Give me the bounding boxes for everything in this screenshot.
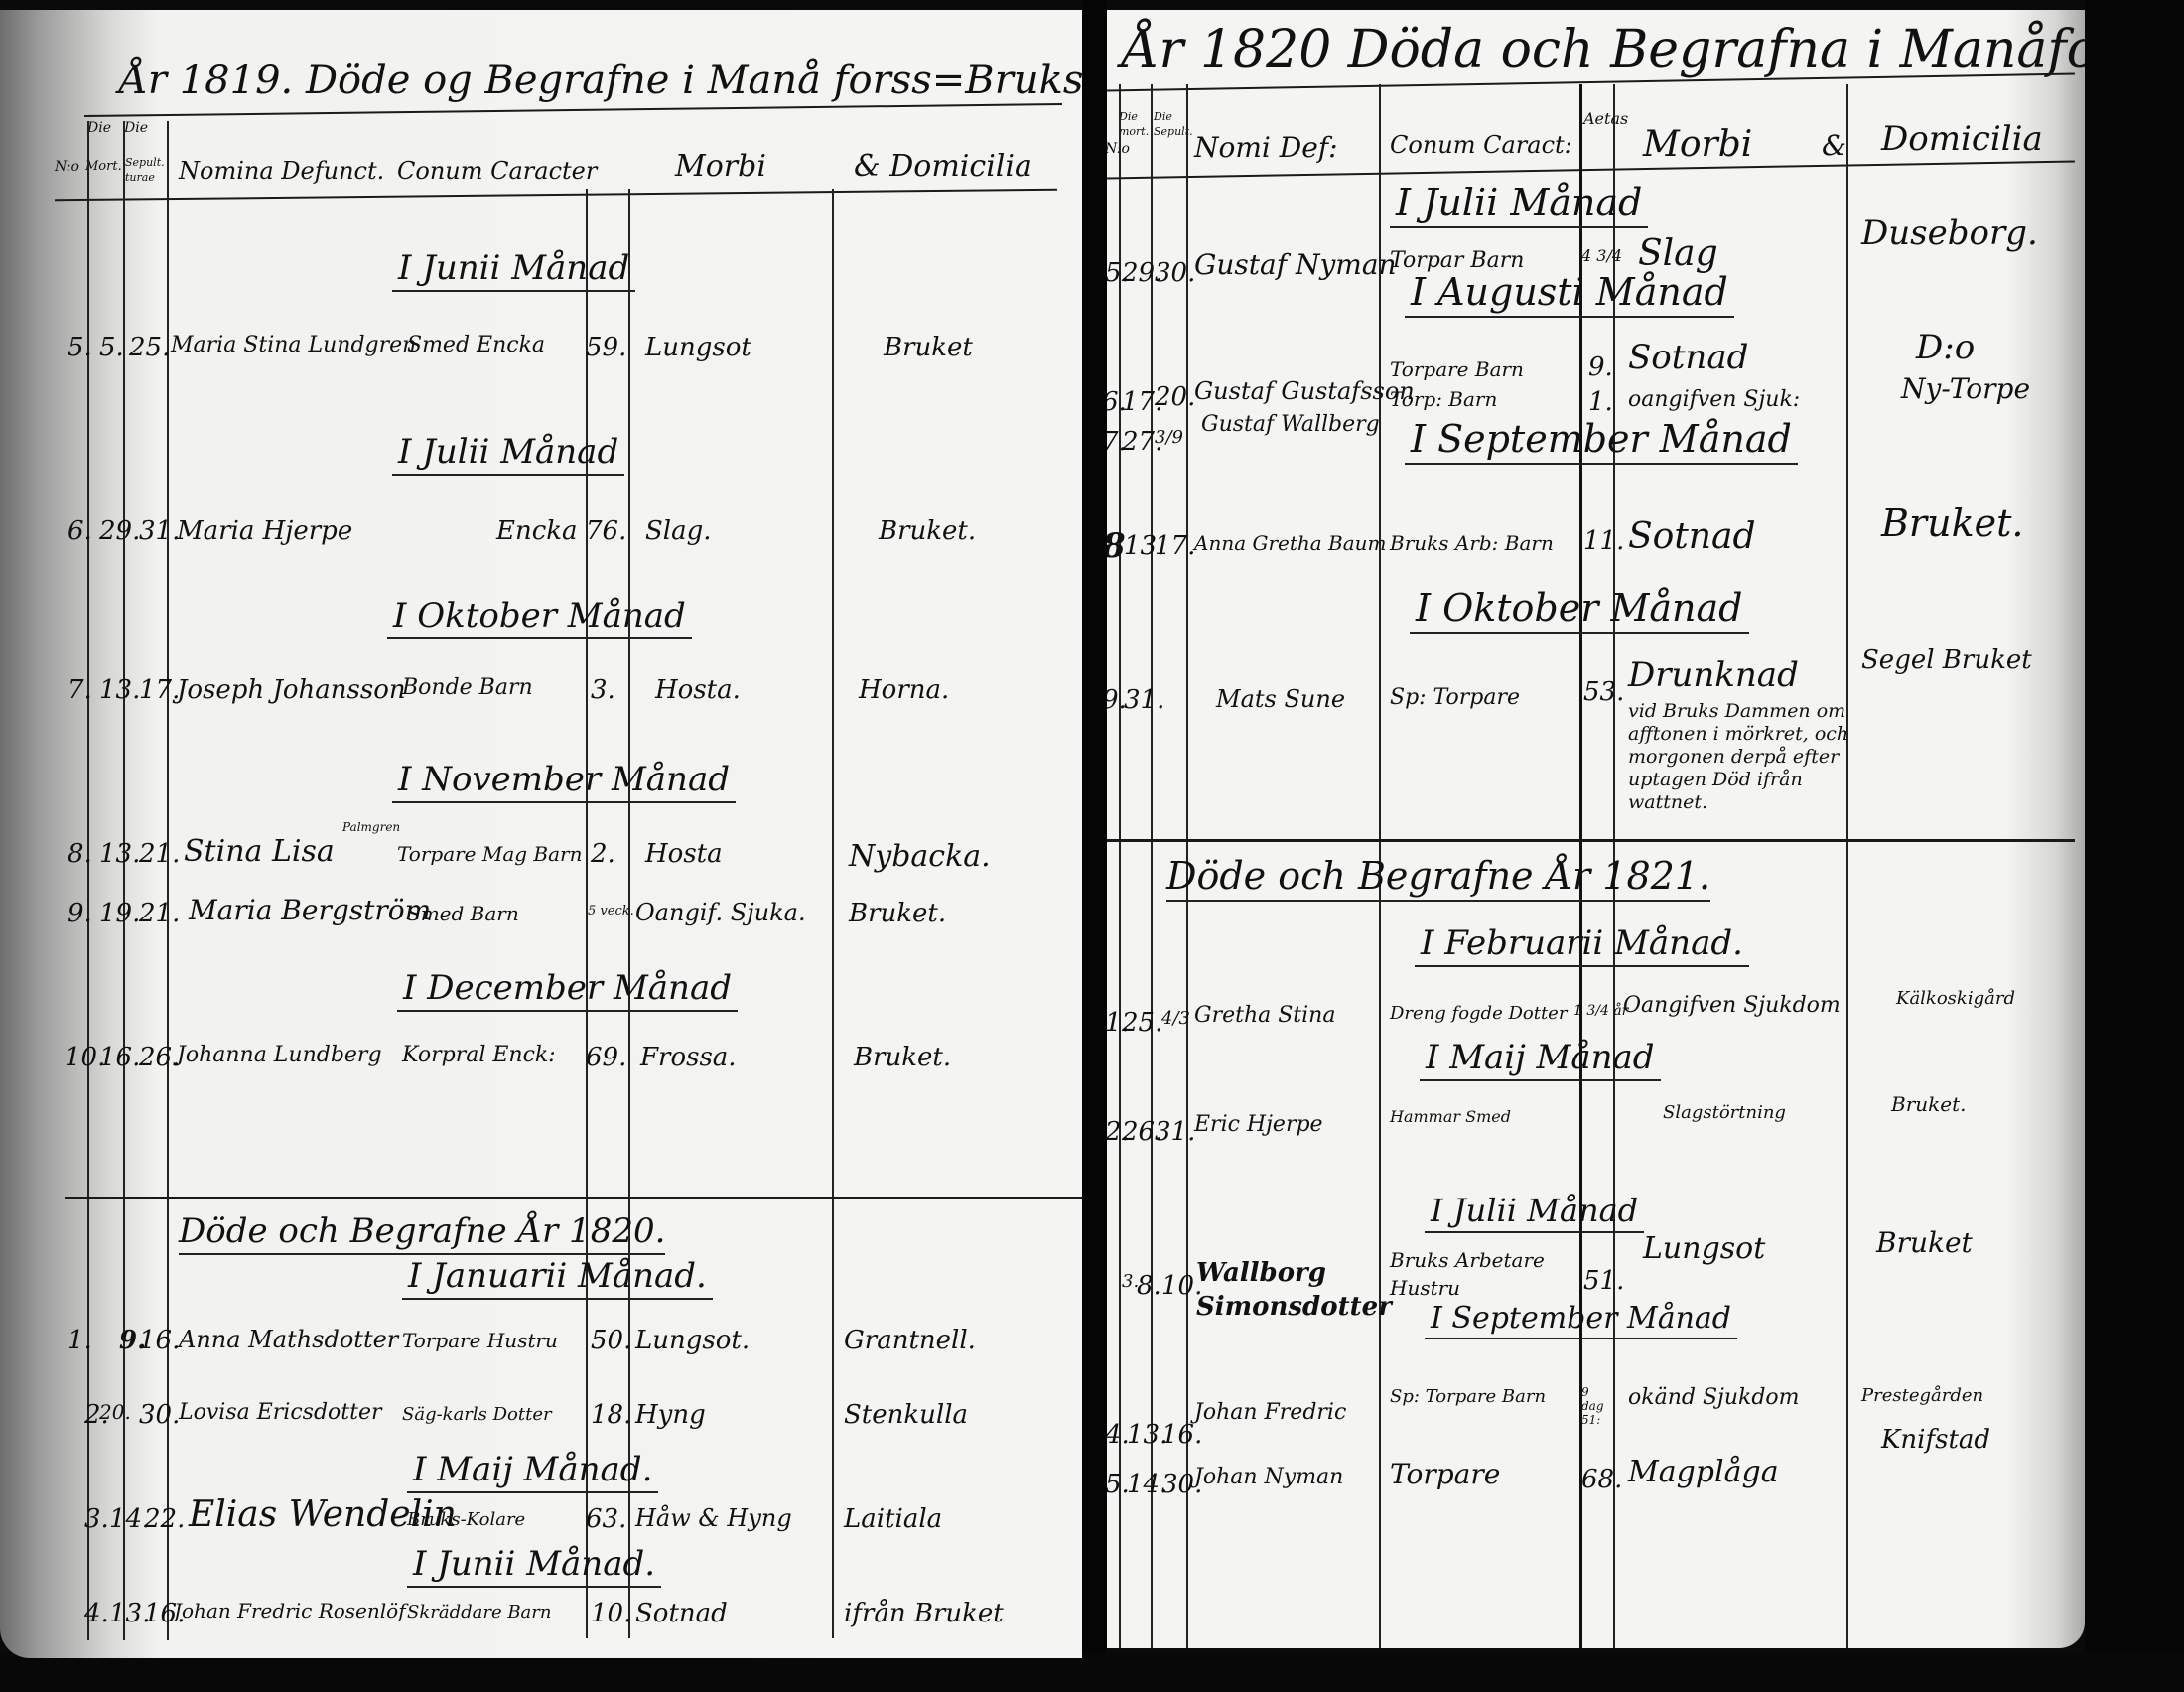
left-page-title: År 1819. Döde og Begrafne i Manå forss=B… xyxy=(119,58,1082,103)
entry-die-mortis: 13. xyxy=(99,839,140,869)
header-no: N:o xyxy=(55,159,79,175)
entry-die-mortis: 31. xyxy=(1124,685,1164,715)
header-die-mortis: Die mort. xyxy=(1119,109,1149,139)
entry-cause: Sotnad xyxy=(1628,516,1756,557)
entry-domicile: D:o xyxy=(1916,328,1975,367)
entry-die-mortis: 16. xyxy=(99,1043,140,1072)
month-heading: I November Månad xyxy=(392,760,736,803)
entry-domicile: Laitiala xyxy=(844,1504,942,1534)
entry-cause: Hyng xyxy=(635,1400,706,1430)
entry-age: 2. xyxy=(591,839,615,869)
entry-condition: Sp: Torpare xyxy=(1390,685,1520,710)
entry-domicile: Nybacka. xyxy=(849,839,991,874)
entry-condition: Sp: Torpare Barn xyxy=(1390,1385,1573,1409)
header-die-2: Die xyxy=(124,121,148,136)
entry-cause: Sotnad xyxy=(635,1599,728,1628)
entry-no: 9. xyxy=(68,899,92,928)
entry-age: 10. xyxy=(591,1599,631,1628)
entry-domicile: Grantnell. xyxy=(844,1326,976,1355)
entry-age: 59. xyxy=(586,333,626,362)
entry-domicile: Bruket. xyxy=(849,899,946,928)
entry-condition: Säg-karls Dotter xyxy=(402,1404,552,1425)
entry-domicile: Stenkulla xyxy=(844,1400,968,1430)
entry-age: 5 veck. xyxy=(588,904,634,918)
book-spine xyxy=(1082,0,1107,1692)
entry-name: Gustaf Gustafsson xyxy=(1194,377,1415,405)
month-heading: I September Månad xyxy=(1425,1301,1737,1339)
header-die: Die xyxy=(87,121,111,136)
month-heading: I Oktober Månad xyxy=(387,596,692,639)
header-morbi: Morbi xyxy=(675,149,766,184)
entry-condition: Bruks Arbetare Hustru xyxy=(1390,1246,1578,1302)
entry-cause: Drunknad xyxy=(1628,655,1799,695)
entry-cause: Håw & Hyng xyxy=(635,1504,792,1532)
entry-die-sep: 17. xyxy=(139,675,180,705)
entry-condition: Torpare Hustru xyxy=(402,1329,558,1352)
header-nomina: Nomina Defunct. xyxy=(179,157,384,185)
header-domicilia: Domicilia xyxy=(1881,119,2043,159)
column-line xyxy=(1151,84,1153,1648)
entry-age: 63. xyxy=(586,1504,626,1534)
entry-condition: Torpare Mag Barn xyxy=(397,842,583,866)
entry-condition: Bruks Arb: Barn xyxy=(1390,531,1554,555)
entry-domicile: Bruket xyxy=(1876,1226,1973,1259)
entry-die-mortis: 13. xyxy=(99,675,140,705)
entry-age: 18. xyxy=(591,1400,631,1430)
entry-name-note: Palmgren xyxy=(342,820,400,834)
entry-age: 50. xyxy=(591,1326,631,1355)
entry-age: 69. xyxy=(586,1043,626,1072)
month-heading: I Julii Månad xyxy=(392,432,624,476)
entry-die-sep: 30. xyxy=(1155,258,1195,288)
entry-cause: Oangif. Sjuka. xyxy=(635,899,806,926)
entry-die-mortis: 8. xyxy=(1137,1271,1161,1301)
entry-condition: Bonde Barn xyxy=(402,675,533,700)
entry-name: Anna Mathsdotter xyxy=(179,1326,398,1353)
entry-age: 53. xyxy=(1583,677,1624,707)
entry-die-sep: 30. xyxy=(139,1400,180,1430)
entry-condition: Dreng fogde Dotter xyxy=(1390,1003,1567,1024)
entry-cause: Slag. xyxy=(645,516,712,546)
entry-name: Anna Gretha Baum xyxy=(1194,531,1387,555)
entry-no: 5. xyxy=(68,333,92,362)
header-die-sepulturae: Sepult. turae xyxy=(125,155,165,185)
entry-cause: Hosta xyxy=(645,839,723,869)
entry-name: Maria Hjerpe xyxy=(177,516,352,546)
header-conditio: Conum Caracter xyxy=(397,157,597,185)
month-heading: I Junii Månad xyxy=(392,248,635,292)
title-rule xyxy=(84,103,1062,117)
month-heading: I Maij Månad xyxy=(1420,1038,1661,1081)
entry-no: 8 xyxy=(1107,526,1126,566)
entry-name: Maria Stina Lundgren xyxy=(171,333,416,357)
entry-die-sep: 20. xyxy=(1155,382,1195,412)
entry-cause: Sotnad xyxy=(1628,338,1748,377)
month-heading: I Oktober Månad xyxy=(1410,586,1749,634)
section-divider xyxy=(1107,839,2075,842)
entry-cause: Slagstörtning xyxy=(1663,1102,1786,1123)
month-heading: I Julii Månad xyxy=(1425,1192,1644,1233)
entry-cause: Slag xyxy=(1638,233,1718,274)
entry-age: 1 3/4 år xyxy=(1573,1003,1628,1019)
entry-die-sep: 21. xyxy=(139,839,180,869)
entry-die-sep: 17. xyxy=(1155,531,1195,561)
header-morbi: Morbi xyxy=(1643,124,1752,165)
entry-age: 1. xyxy=(1588,387,1613,417)
entry-die-sep: 16. xyxy=(139,1326,180,1355)
entry-name: Lovisa Ericsdotter xyxy=(179,1400,382,1425)
entry-die-mortis: 29. xyxy=(99,516,140,546)
column-line xyxy=(832,189,834,1638)
entry-domicile: Horna. xyxy=(859,675,949,705)
entry-condition: Korpral Enck: xyxy=(402,1043,556,1067)
entry-no: 8. xyxy=(68,839,92,869)
header-nomina: Nomi Def: xyxy=(1194,131,1338,164)
entry-name: Johanna Lundberg xyxy=(177,1043,382,1067)
left-page: År 1819. Döde og Begrafne i Manå forss=B… xyxy=(0,10,1082,1658)
entry-die-mortis: 25. xyxy=(1122,1008,1162,1038)
month-heading: I Junii Månad. xyxy=(407,1544,661,1588)
entry-name: Mats Sune xyxy=(1216,685,1345,713)
entry-age: 9 dag 51: xyxy=(1581,1385,1611,1427)
entry-die-sep: 3/9 xyxy=(1155,427,1183,448)
section-divider xyxy=(65,1197,1082,1199)
right-page-title: År 1820 Döda och Begrafna i Manåforss B.… xyxy=(1122,20,2085,79)
header-and: & xyxy=(1822,129,1846,162)
month-heading: I Augusti Månad xyxy=(1405,270,1734,318)
column-line xyxy=(1846,84,1848,1648)
entry-condition: Skräddare Barn xyxy=(407,1602,552,1622)
header-die-sepulturae: Die Sepult. xyxy=(1154,109,1183,139)
entry-age: 9. xyxy=(1588,352,1613,382)
entry-die-sep: 26. xyxy=(139,1043,180,1072)
entry-domicile: Knifstad xyxy=(1881,1425,1990,1455)
entry-condition: Torp: Barn xyxy=(1390,387,1497,411)
header-domicilia: & Domicilia xyxy=(854,149,1032,184)
entry-name: Johan Fredric Rosenlöf xyxy=(174,1599,406,1622)
right-page: År 1820 Döda och Begrafna i Manåforss B.… xyxy=(1107,10,2085,1648)
header-rule xyxy=(55,189,1057,202)
header-conditio: Conum Caract: xyxy=(1390,131,1572,159)
entry-die-sep: 21. xyxy=(139,899,180,928)
entry-age: 51. xyxy=(1583,1266,1624,1296)
entry-name: Gretha Stina xyxy=(1194,1003,1335,1028)
entry-cause: Magplåga xyxy=(1628,1455,1779,1489)
entry-name: Gustaf Wallberg xyxy=(1201,412,1380,437)
entry-cause: Lungsot xyxy=(645,333,751,362)
entry-die-mortis: 20. xyxy=(99,1400,131,1424)
entry-cause: Lungsot xyxy=(1643,1231,1765,1266)
entry-name: Gustaf Nyman xyxy=(1194,248,1397,281)
entry-cause: oangifven Sjuk: xyxy=(1628,387,1800,412)
entry-die-sep: 22. xyxy=(144,1504,185,1534)
month-heading: I Maij Månad. xyxy=(407,1450,658,1493)
entry-age: 76. xyxy=(586,516,626,546)
entry-die-mortis: 19. xyxy=(99,899,140,928)
entry-die-sep: 4/3 xyxy=(1161,1008,1190,1029)
entry-domicile: Kälkoskigård xyxy=(1896,988,2015,1009)
entry-no: 4. xyxy=(84,1599,109,1628)
entry-domicile: ifrån Bruket xyxy=(844,1599,1004,1628)
column-line xyxy=(1119,84,1121,1648)
entry-domicile: Bruket. xyxy=(1881,501,2023,545)
section-title-1820: Döde och Begrafne År 1820. xyxy=(179,1211,665,1255)
entry-name: Joseph Johansson xyxy=(177,675,406,705)
entry-domicile: Prestegården xyxy=(1861,1385,1983,1406)
entry-no: 1. xyxy=(68,1326,92,1355)
scan-background xyxy=(0,1653,2184,1692)
entry-domicile: Duseborg. xyxy=(1861,213,2038,253)
entry-age: 68. xyxy=(1581,1465,1622,1494)
entry-domicile: Bruket. xyxy=(1891,1092,1967,1116)
entry-domicile: Ny-Torpe xyxy=(1901,372,2030,405)
entry-die-sep: 25. xyxy=(129,333,170,362)
entry-condition: Encka xyxy=(496,516,578,546)
section-title-1821: Döde och Begrafne År 1821. xyxy=(1166,854,1710,902)
entry-die-sep: 31. xyxy=(1155,1117,1195,1147)
entry-cause: Oangifven Sjukdom xyxy=(1623,993,1841,1018)
entry-domicile: Segel Bruket xyxy=(1861,645,2032,675)
entry-domicile: Bruket. xyxy=(854,1043,951,1072)
entry-cause: Lungsot. xyxy=(635,1326,750,1355)
entry-no: 7. xyxy=(68,675,92,705)
month-heading: I December Månad xyxy=(397,968,738,1012)
month-heading: I Julii Månad xyxy=(1390,181,1648,228)
entry-condition: Smed Encka xyxy=(407,333,545,357)
entry-no: 6. xyxy=(68,516,92,546)
entry-condition: Torpare Barn xyxy=(1390,357,1524,381)
entry-name: Stina Lisa xyxy=(184,834,335,869)
header-aetas: Aetas xyxy=(1583,109,1613,129)
entry-age: 3. xyxy=(591,675,615,705)
month-heading: I September Månad xyxy=(1405,417,1798,465)
entry-name: Johan Nyman xyxy=(1194,1465,1343,1489)
entry-name: Eric Hjerpe xyxy=(1194,1112,1323,1137)
entry-cause: okänd Sjukdom xyxy=(1628,1385,1800,1410)
entry-age: 11. xyxy=(1583,526,1624,556)
entry-condition: Bruks-Kolare xyxy=(407,1509,525,1530)
entry-name: Wallborg Simonsdotter xyxy=(1196,1256,1385,1324)
month-heading: I Januarii Månad. xyxy=(402,1256,713,1300)
entry-die-sep: 31. xyxy=(139,516,180,546)
header-die-mortis: Mort. xyxy=(85,159,122,174)
entry-cause: Hosta. xyxy=(655,675,741,705)
entry-domicile: Bruket. xyxy=(879,516,976,546)
entry-domicile: Bruket xyxy=(884,333,973,362)
entry-name: Johan Fredric xyxy=(1194,1400,1346,1425)
entry-note: vid Bruks Dammen om afftonen i mörkret, … xyxy=(1628,700,1866,814)
entry-name: Maria Bergström xyxy=(189,894,431,926)
entry-no: 3. xyxy=(84,1504,109,1534)
book-edge xyxy=(2085,0,2184,1692)
entry-age: 4 3/4 xyxy=(1581,246,1622,265)
month-heading: I Februarii Månad. xyxy=(1415,923,1749,967)
entry-condition: Torpare xyxy=(1390,1458,1500,1490)
entry-condition: Hammar Smed xyxy=(1390,1107,1511,1126)
entry-cause: Frossa. xyxy=(640,1043,737,1072)
entry-condition: Smed Barn xyxy=(407,902,519,925)
entry-die-mortis: 5. xyxy=(99,333,124,362)
